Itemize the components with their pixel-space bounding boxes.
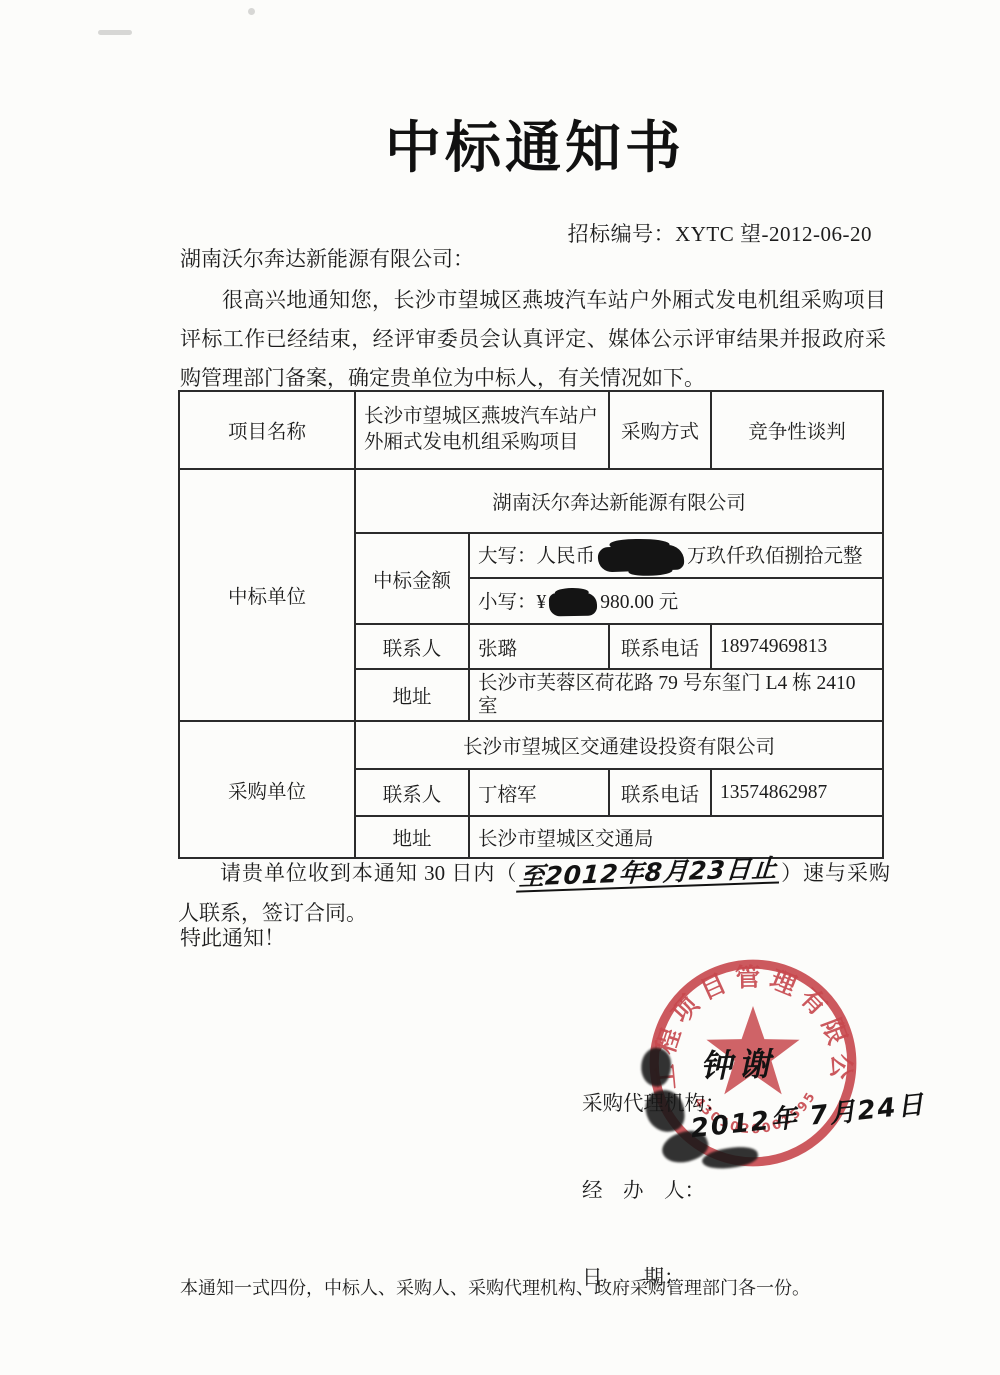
amount-figures-prefix: 小写：¥: [478, 592, 546, 613]
award-table: 项目名称 长沙市望城区燕坡汽车站户外厢式发电机组采购项目 采购方式 竞争性谈判 …: [178, 390, 884, 859]
document-page: 中标通知书 招标编号：XYTC 望-2012-06-20 湖南沃尔奔达新能源有限…: [0, 0, 1000, 1375]
procurement-method-value: 竞争性谈判: [711, 391, 883, 469]
project-name-value: 长沙市望城区燕坡汽车站户外厢式发电机组采购项目: [355, 391, 609, 469]
addressee: 湖南沃尔奔达新能源有限公司：: [180, 243, 474, 273]
closing-text-pre: 请贵单位收到本通知 30 日内（: [220, 861, 517, 885]
amount-in-words: 大写：人民币万玖仟玖佰捌拾元整: [469, 533, 883, 578]
table-row: 项目名称 长沙市望城区燕坡汽车站户外厢式发电机组采购项目 采购方式 竞争性谈判: [179, 391, 883, 469]
purchaser-phone-value: 13574862987: [711, 769, 883, 816]
intro-paragraph: 很高兴地通知您，长沙市望城区燕坡汽车站户外厢式发电机组采购项目评标工作已经结束，…: [180, 281, 886, 398]
winner-contact-value: 张璐: [469, 624, 609, 669]
amount-label: 中标金额: [355, 533, 469, 624]
notice-line: 特此通知！: [180, 922, 285, 952]
bid-number: 招标编号：XYTC 望-2012-06-20: [568, 218, 872, 248]
winner-phone-label: 联系电话: [609, 624, 711, 669]
scan-speck: [98, 30, 132, 35]
purchaser-phone-label: 联系电话: [609, 769, 711, 816]
winner-address-value: 长沙市芙蓉区荷花路 79 号东玺门 L4 栋 2410 室: [469, 669, 883, 721]
purchaser-label: 采购单位: [179, 721, 355, 858]
amount-figures-suffix: 980.00 元: [600, 592, 678, 613]
winner-address-label: 地址: [355, 669, 469, 721]
closing-paragraph: 请贵单位收到本通知 30 日内（至2012年8月23日止）速与采购人联系，签订合…: [178, 853, 890, 933]
purchaser-address-label: 地址: [355, 816, 469, 858]
document-title: 中标通知书: [0, 104, 1000, 184]
purchaser-contact-label: 联系人: [355, 769, 469, 816]
handwritten-deadline: 至2012年8月23日止: [516, 855, 781, 892]
table-row: 中标单位 湖南沃尔奔达新能源有限公司: [179, 469, 883, 533]
project-name-label: 项目名称: [179, 391, 355, 469]
purchaser-name: 长沙市望城区交通建设投资有限公司: [355, 721, 883, 769]
handler-label: 经 办 人：: [582, 1177, 726, 1206]
amount-in-figures: 小写：¥980.00 元: [469, 578, 883, 624]
procurement-method-label: 采购方式: [609, 391, 711, 469]
redaction-mark: [549, 592, 597, 616]
winner-label: 中标单位: [179, 469, 355, 721]
purchaser-contact-value: 丁榕军: [469, 769, 609, 816]
distribution-note: 本通知一式四份，中标人、采购人、采购代理机构、政府采购管理部门各一份。: [180, 1274, 900, 1300]
redaction-mark: [598, 544, 685, 572]
winner-phone-value: 18974969813: [711, 624, 883, 669]
handler-signature: 钟谢: [699, 1039, 777, 1088]
purchaser-address-value: 长沙市望城区交通局: [469, 816, 883, 858]
amount-caps-suffix: 万玖仟玖佰捌拾元整: [687, 546, 863, 567]
winner-contact-label: 联系人: [355, 624, 469, 669]
amount-caps-prefix: 大写：人民币: [478, 546, 595, 567]
scan-speck: [248, 8, 255, 15]
winner-name: 湖南沃尔奔达新能源有限公司: [355, 469, 883, 533]
table-row: 采购单位 长沙市望城区交通建设投资有限公司: [179, 721, 883, 769]
